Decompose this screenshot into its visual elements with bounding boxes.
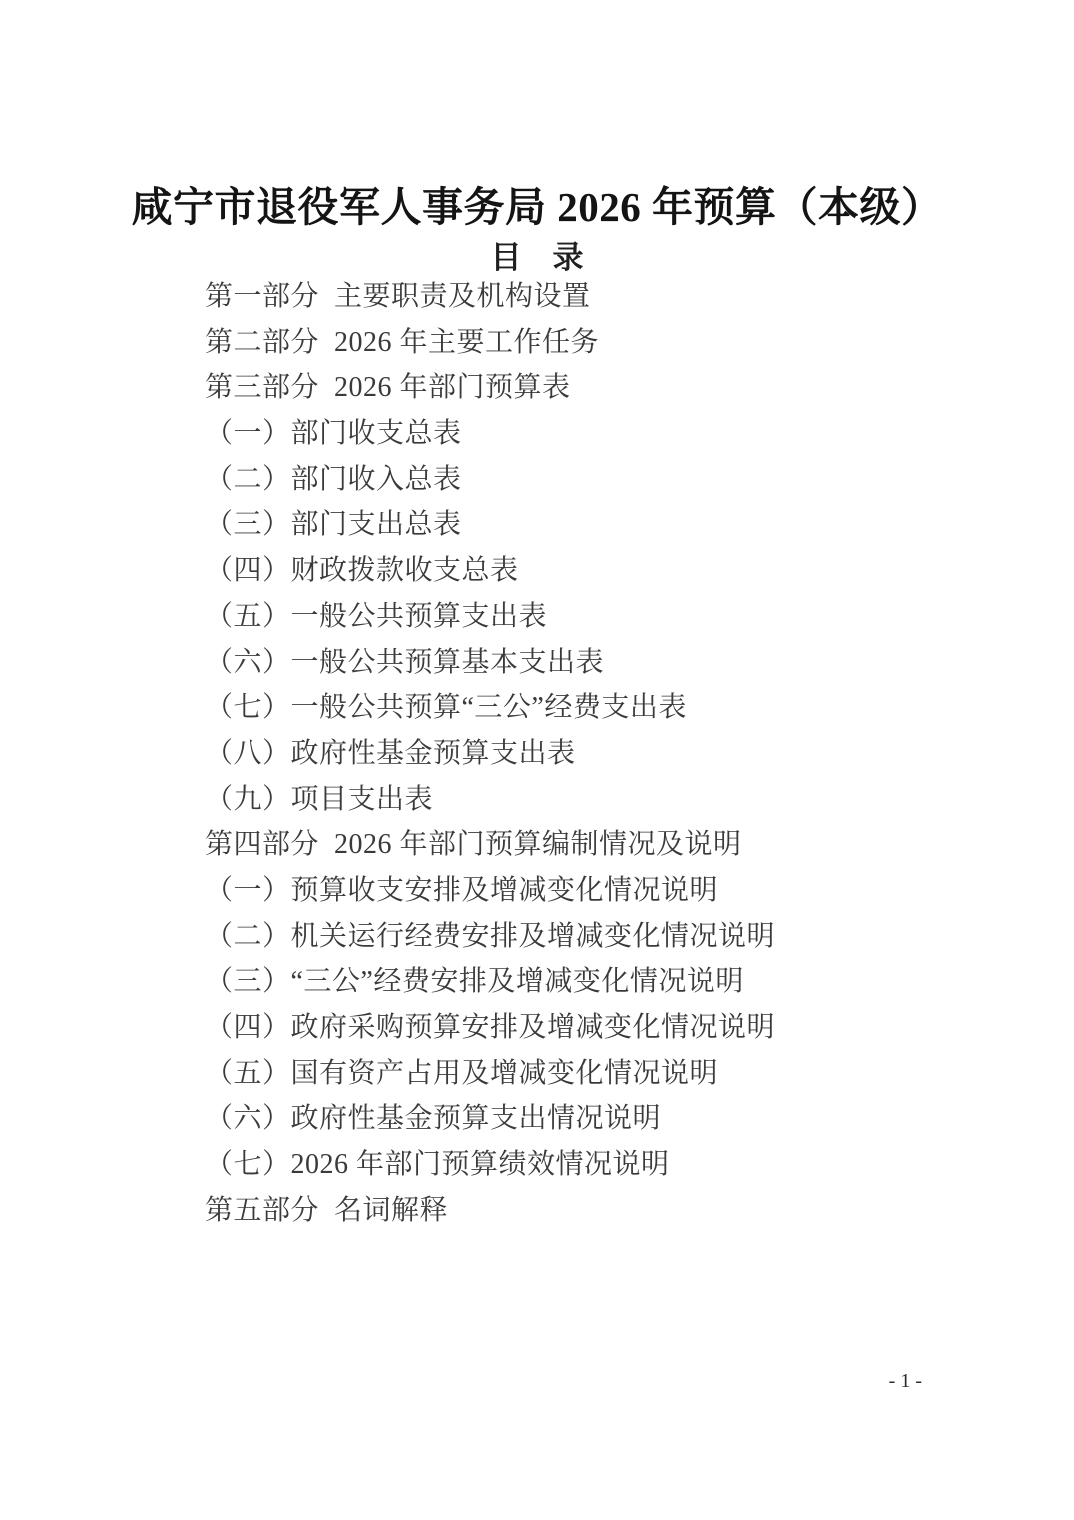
toc-entry-note-1: （一）预算收支安排及增减变化情况说明 xyxy=(205,868,945,914)
toc-entry-table-6: （六）一般公共预算基本支出表 xyxy=(205,640,945,686)
toc-entry-note-7: （七）2026 年部门预算绩效情况说明 xyxy=(205,1142,945,1188)
document-page: 咸宁市退役军人事务局 2026 年预算（本级） 目 录 第一部分 主要职责及机构… xyxy=(0,0,1074,1520)
toc-entry-table-9: （九）项目支出表 xyxy=(205,777,945,823)
toc-entry-part-4: 第四部分 2026 年部门预算编制情况及说明 xyxy=(205,822,945,868)
toc-entry-note-2: （二）机关运行经费安排及增减变化情况说明 xyxy=(205,914,945,960)
toc-entry-part-5: 第五部分 名词解释 xyxy=(205,1188,945,1234)
document-title: 咸宁市退役军人事务局 2026 年预算（本级） xyxy=(0,181,1074,233)
toc-entry-table-5: （五）一般公共预算支出表 xyxy=(205,594,945,640)
toc-entry-table-8: （八）政府性基金预算支出表 xyxy=(205,731,945,777)
toc-entry-part-1: 第一部分 主要职责及机构设置 xyxy=(205,274,945,320)
toc-entry-table-2: （二）部门收入总表 xyxy=(205,457,945,503)
toc-entry-note-3: （三）“三公”经费安排及增减变化情况说明 xyxy=(205,959,945,1005)
toc-list: 第一部分 主要职责及机构设置 第二部分 2026 年主要工作任务 第三部分 20… xyxy=(205,274,945,1233)
toc-entry-table-4: （四）财政拨款收支总表 xyxy=(205,548,945,594)
toc-entry-note-4: （四）政府采购预算安排及增减变化情况说明 xyxy=(205,1005,945,1051)
toc-entry-table-3: （三）部门支出总表 xyxy=(205,502,945,548)
toc-entry-note-5: （五）国有资产占用及增减变化情况说明 xyxy=(205,1051,945,1097)
toc-heading: 目 录 xyxy=(0,239,1074,277)
toc-entry-part-3: 第三部分 2026 年部门预算表 xyxy=(205,365,945,411)
toc-entry-part-2: 第二部分 2026 年主要工作任务 xyxy=(205,320,945,366)
toc-entry-table-1: （一）部门收支总表 xyxy=(205,411,945,457)
toc-entry-table-7: （七）一般公共预算“三公”经费支出表 xyxy=(205,685,945,731)
page-number: - 1 - xyxy=(889,1368,922,1394)
toc-entry-note-6: （六）政府性基金预算支出情况说明 xyxy=(205,1096,945,1142)
